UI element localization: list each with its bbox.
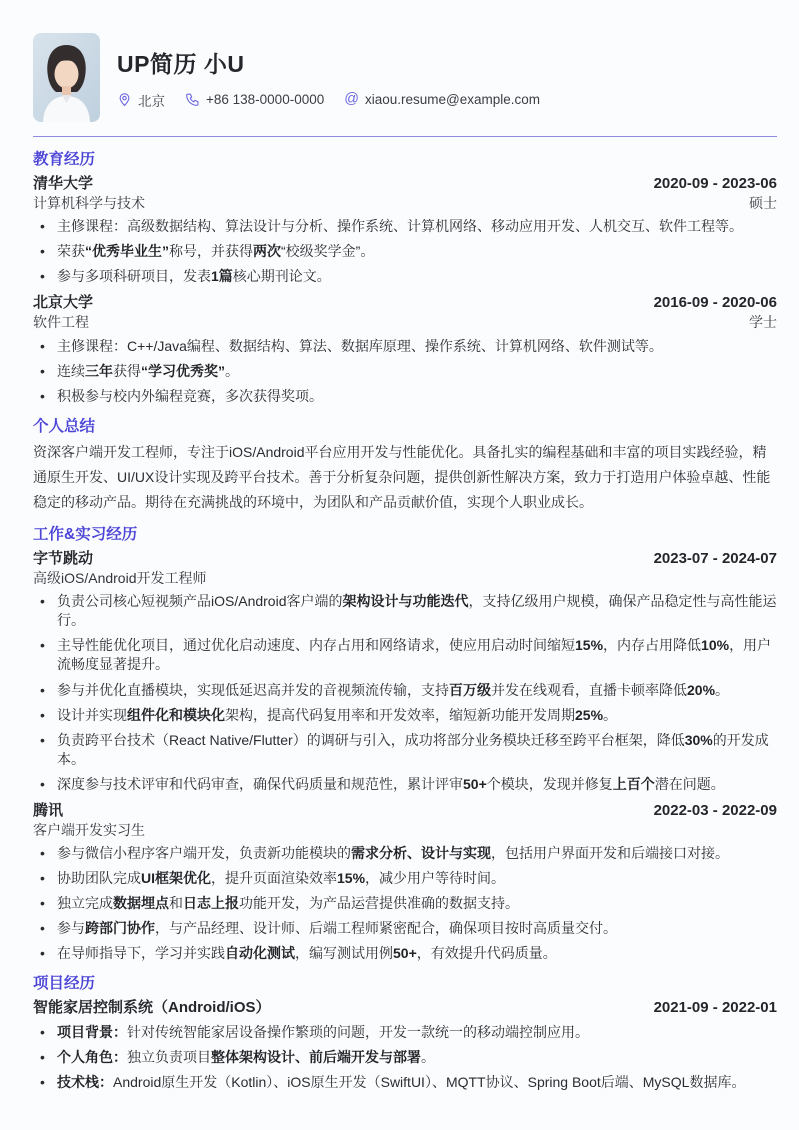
bold-text: 跨部门协作 — [85, 920, 155, 936]
avatar — [33, 33, 100, 122]
location-text: 北京 — [138, 90, 165, 110]
bold-text: 组件化和模块化 — [127, 707, 225, 723]
bold-text: 50+ — [463, 776, 487, 792]
entry-name: 清华大学 — [33, 175, 93, 193]
bullet-item: 设计并实现组件化和模块化架构，提高代码复用率和开发效率，缩短新功能开发周期25%… — [33, 706, 777, 725]
email-text: xiaou.resume@example.com — [365, 92, 540, 107]
entry-head: 智能家居控制系统（Android/iOS）2021-09 - 2022-01 — [33, 999, 777, 1017]
entry-name: 腾讯 — [33, 802, 63, 820]
phone-text: +86 138-0000-0000 — [206, 92, 324, 107]
entry-degree: 硕士 — [749, 195, 777, 212]
entry-date: 2023-07 - 2024-07 — [654, 550, 777, 568]
bullet-list: 项目背景：针对传统智能家居设备操作繁琐的问题，开发一款统一的移动端控制应用。个人… — [33, 1023, 777, 1092]
location-pin-icon — [117, 92, 132, 107]
entry-subtitle-row: 计算机科学与技术硕士 — [33, 195, 777, 212]
contact-location: 北京 — [117, 90, 165, 110]
bullet-list: 主修课程：C++/Java编程、数据结构、算法、数据库原理、操作系统、计算机网络… — [33, 337, 777, 406]
contact-phone: +86 138-0000-0000 — [185, 92, 324, 107]
entry: 腾讯2022-03 - 2022-09客户端开发实习生参与微信小程序客户端开发，… — [33, 802, 777, 964]
entry: 字节跳动2023-07 - 2024-07高级iOS/Android开发工程师负… — [33, 550, 777, 794]
bold-text: 项目背景： — [57, 1024, 127, 1040]
avatar-photo — [33, 33, 100, 122]
entry-subtitle-row: 高级iOS/Android开发工程师 — [33, 570, 777, 587]
contact-email: @ xiaou.resume@example.com — [344, 92, 540, 107]
bullet-list: 主修课程：高级数据结构、算法设计与分析、操作系统、计算机网络、移动应用开发、人机… — [33, 217, 777, 286]
bold-text: 架构设计与功能迭代 — [342, 593, 468, 609]
entry-subtitle-row: 软件工程学士 — [33, 314, 777, 331]
bold-text: 25% — [575, 707, 603, 723]
bullet-item: 荣获“优秀毕业生”称号，并获得两次“校级奖学金”。 — [33, 242, 777, 261]
bullet-item: 协助团队完成UI框架优化，提升页面渲染效率15%，减少用户等待时间。 — [33, 869, 777, 888]
bold-text: “优秀毕业生” — [85, 243, 169, 259]
header-divider — [33, 136, 777, 137]
bullet-item: 主导性能优化项目，通过优化启动速度、内存占用和网络请求，使应用启动时间缩短15%… — [33, 636, 777, 674]
header-info: UP简历 小U 北京 +86 138-0000-0000 @ — [117, 46, 540, 110]
bold-text: 数据埋点 — [113, 895, 169, 911]
summary-paragraph: 资深客户端开发工程师，专注于iOS/Android平台应用开发与性能优化。具备扎… — [33, 440, 777, 514]
bullet-item: 参与多项科研项目，发表1篇核心期刊论文。 — [33, 267, 777, 286]
bullet-item: 连续三年获得“学习优秀奖”。 — [33, 362, 777, 381]
section-title-projects: 项目经历 — [33, 975, 777, 994]
contact-row: 北京 +86 138-0000-0000 @ xiaou.resume@exam… — [117, 90, 540, 110]
entry: 清华大学2020-09 - 2023-06计算机科学与技术硕士主修课程：高级数据… — [33, 175, 777, 287]
section-title-education: 教育经历 — [33, 151, 777, 170]
entry-name: 智能家居控制系统（Android/iOS） — [33, 999, 271, 1017]
entry-head: 字节跳动2023-07 - 2024-07 — [33, 550, 777, 568]
entry-head: 清华大学2020-09 - 2023-06 — [33, 175, 777, 193]
bold-text: 30% — [685, 732, 713, 748]
entry-date: 2020-09 - 2023-06 — [654, 175, 777, 193]
resume-body: 教育经历清华大学2020-09 - 2023-06计算机科学与技术硕士主修课程：… — [33, 151, 777, 1092]
bullet-item: 深度参与技术评审和代码审查，确保代码质量和规范性，累计评审50+个模块，发现并修… — [33, 775, 777, 794]
bold-text: 50+ — [393, 945, 417, 961]
bold-text: 20% — [687, 682, 715, 698]
bullet-item: 项目背景：针对传统智能家居设备操作繁琐的问题，开发一款统一的移动端控制应用。 — [33, 1023, 777, 1042]
bold-text: 需求分析、设计与实现 — [351, 845, 491, 861]
bullet-item: 独立完成数据埋点和日志上报功能开发，为产品运营提供准确的数据支持。 — [33, 894, 777, 913]
entry-name: 字节跳动 — [33, 550, 93, 568]
bullet-item: 参与跨部门协作，与产品经理、设计师、后端工程师紧密配合，确保项目按时高质量交付。 — [33, 919, 777, 938]
section-title-work: 工作&实习经历 — [33, 526, 777, 545]
resume-header: UP简历 小U 北京 +86 138-0000-0000 @ — [33, 0, 777, 122]
bullet-item: 负责公司核心短视频产品iOS/Android客户端的架构设计与功能迭代，支持亿级… — [33, 592, 777, 630]
bold-text: 1篇 — [211, 268, 233, 284]
entry-subtitle: 计算机科学与技术 — [33, 195, 145, 212]
section-summary: 个人总结资深客户端开发工程师，专注于iOS/Android平台应用开发与性能优化… — [33, 418, 777, 514]
entry: 智能家居控制系统（Android/iOS）2021-09 - 2022-01项目… — [33, 999, 777, 1092]
entry-degree: 学士 — [749, 314, 777, 331]
bullet-item: 参与并优化直播模块，实现低延迟高并发的音视频流传输，支持百万级并发在线观看，直播… — [33, 681, 777, 700]
bold-text: 15% — [337, 870, 365, 886]
bold-text: 技术栈： — [57, 1074, 113, 1090]
bold-text: 两次 — [253, 243, 281, 259]
bullet-item: 参与微信小程序客户端开发，负责新功能模块的需求分析、设计与实现，包括用户界面开发… — [33, 844, 777, 863]
bold-text: UI框架优化 — [141, 870, 211, 886]
section-work: 工作&实习经历字节跳动2023-07 - 2024-07高级iOS/Androi… — [33, 526, 777, 963]
bullet-item: 主修课程：高级数据结构、算法设计与分析、操作系统、计算机网络、移动应用开发、人机… — [33, 217, 777, 236]
entry-date: 2021-09 - 2022-01 — [654, 999, 777, 1017]
entry-subtitle-row: 客户端开发实习生 — [33, 822, 777, 839]
entry-date: 2022-03 - 2022-09 — [654, 802, 777, 820]
bold-text: 日志上报 — [183, 895, 239, 911]
bold-text: 三年 — [85, 363, 113, 379]
entry-head: 腾讯2022-03 - 2022-09 — [33, 802, 777, 820]
bullet-item: 技术栈：Android原生开发（Kotlin）、iOS原生开发（SwiftUI）… — [33, 1073, 777, 1092]
entry: 北京大学2016-09 - 2020-06软件工程学士主修课程：C++/Java… — [33, 294, 777, 406]
entry-date: 2016-09 - 2020-06 — [654, 294, 777, 312]
bold-text: 百万级 — [449, 682, 491, 698]
candidate-name: UP简历 小U — [117, 46, 540, 79]
bold-text: 整体架构设计、前后端开发与部署 — [211, 1049, 421, 1065]
entry-subtitle: 客户端开发实习生 — [33, 822, 145, 839]
entry-head: 北京大学2016-09 - 2020-06 — [33, 294, 777, 312]
section-projects: 项目经历智能家居控制系统（Android/iOS）2021-09 - 2022-… — [33, 975, 777, 1092]
bullet-item: 负责跨平台技术（React Native/Flutter）的调研与引入，成功将部… — [33, 731, 777, 769]
bullet-item: 个人角色：独立负责项目整体架构设计、前后端开发与部署。 — [33, 1048, 777, 1067]
bullet-list: 参与微信小程序客户端开发，负责新功能模块的需求分析、设计与实现，包括用户界面开发… — [33, 844, 777, 963]
entry-name: 北京大学 — [33, 294, 93, 312]
bold-text: 上百个 — [613, 776, 655, 792]
phone-icon — [185, 92, 200, 107]
bold-text: 个人角色： — [57, 1049, 127, 1065]
bold-text: 自动化测试 — [225, 945, 295, 961]
bullet-item: 主修课程：C++/Java编程、数据结构、算法、数据库原理、操作系统、计算机网络… — [33, 337, 777, 356]
at-icon: @ — [344, 92, 359, 107]
bullet-item: 在导师指导下，学习并实践自动化测试，编写测试用例50+，有效提升代码质量。 — [33, 944, 777, 963]
bullet-list: 负责公司核心短视频产品iOS/Android客户端的架构设计与功能迭代，支持亿级… — [33, 592, 777, 793]
entry-subtitle: 高级iOS/Android开发工程师 — [33, 570, 206, 587]
section-education: 教育经历清华大学2020-09 - 2023-06计算机科学与技术硕士主修课程：… — [33, 151, 777, 406]
bold-text: 15% — [575, 637, 603, 653]
bold-text: 10% — [701, 637, 729, 653]
section-title-summary: 个人总结 — [33, 418, 777, 437]
bold-text: “学习优秀奖” — [141, 363, 225, 379]
resume-page: UP简历 小U 北京 +86 138-0000-0000 @ — [0, 0, 799, 1092]
entry-subtitle: 软件工程 — [33, 314, 89, 331]
bullet-item: 积极参与校内外编程竞赛，多次获得奖项。 — [33, 387, 777, 406]
